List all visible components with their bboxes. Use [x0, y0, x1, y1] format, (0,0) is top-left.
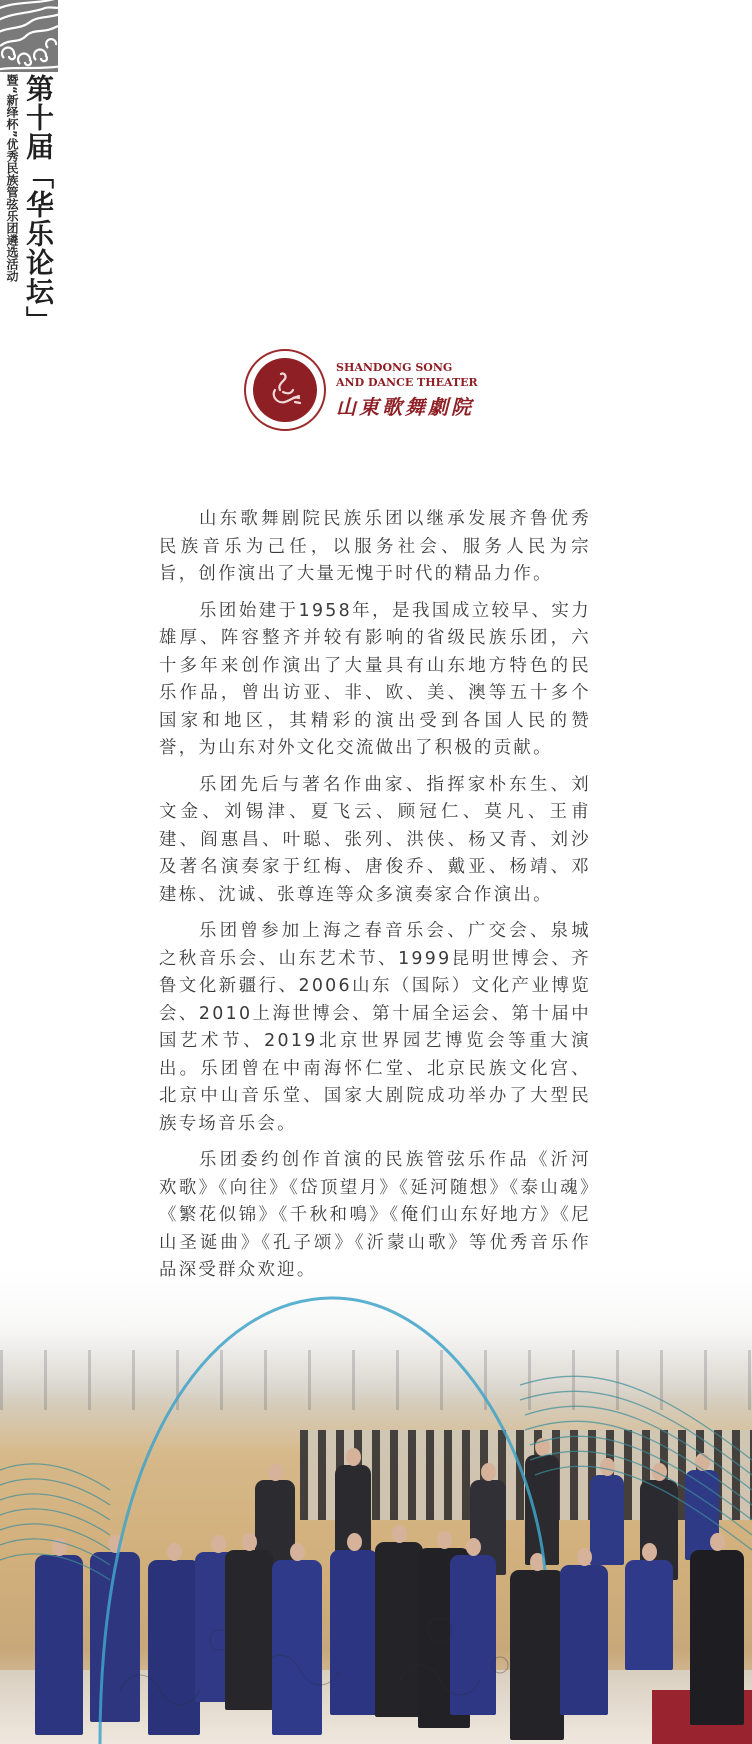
article-body: 山东歌舞剧院民族乐团以继承发展齐鲁优秀民族音乐为己任，以服务社会、服务人民为宗旨… [159, 506, 591, 1294]
logo-english-line-1: SHANDONG SONG [336, 360, 478, 375]
paragraph-4: 乐团曾参加上海之春音乐会、广交会、泉城之秋音乐会、山东艺术节、1999昆明世博会… [159, 918, 591, 1138]
cloud-pattern-decoration [0, 0, 58, 72]
paragraph-2: 乐团始建于1958年，是我国成立较早、实力雄厚、阵容整齐并较有影响的省级民族乐团… [159, 598, 591, 763]
banner-subtitle: 暨“新绎杯”优秀民族管弦乐团遴选活动 [4, 74, 20, 324]
performers-group [0, 1270, 752, 1744]
side-banner: 第十届「华乐论坛」 暨“新绎杯”优秀民族管弦乐团遴选活动 [4, 74, 58, 324]
logo-chinese-name: 山東歌舞劇院 [336, 394, 478, 420]
logo-english-line-2: AND DANCE THEATER [336, 375, 478, 390]
orchestra-photo [0, 1270, 752, 1744]
paragraph-1: 山东歌舞剧院民族乐团以继承发展齐鲁优秀民族音乐为己任，以服务社会、服务人民为宗旨… [159, 506, 591, 589]
banner-main-title: 第十届「华乐论坛」 [22, 74, 54, 324]
theater-seal-icon [244, 349, 326, 431]
paragraph-5: 乐团委约创作首演的民族管弦乐作品《沂河欢歌》《向往》《岱顶望月》《延河随想》《泰… [159, 1147, 591, 1285]
paragraph-3: 乐团先后与著名作曲家、指挥家朴东生、刘文金、刘锡津、夏飞云、顾冠仁、莫凡、王甫建… [159, 772, 591, 910]
theater-logo: SHANDONG SONG AND DANCE THEATER 山東歌舞劇院 [244, 349, 478, 431]
